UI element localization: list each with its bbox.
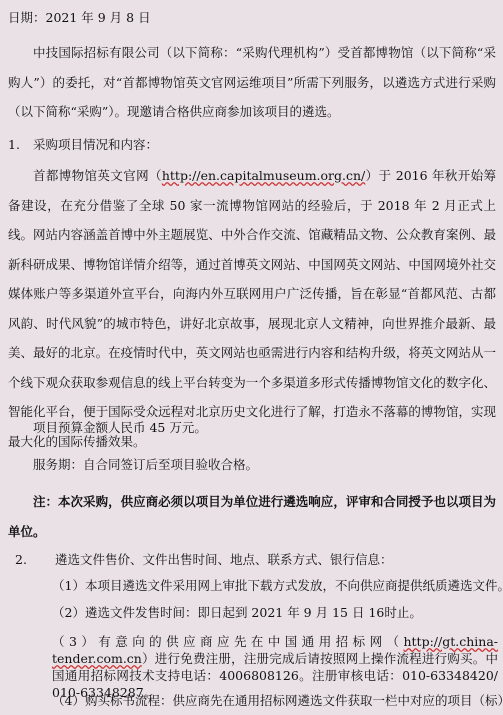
- section2-item-3: （3）有意向的供应商应先在中国通用招标网（http://gt.china-ten…: [52, 633, 498, 701]
- section1-body: 首都博物馆英文官网（http://en.capitalmuseum.org.cn…: [8, 161, 496, 456]
- service-period-line: 服务期：自合同签订后至项目验收合格。: [33, 457, 258, 473]
- capitalmuseum-link[interactable]: http://en.capitalmuseum.org.cn/: [162, 168, 365, 183]
- body-text-rest: ）于 2016 年秋开始筹备建设，在充分借鉴了全球 50 家一流博物馆网站的经验…: [8, 168, 496, 449]
- note-paragraph: 注：本次采购，供应商必须以项目为单位进行遴选响应，评审和合同授予也以项目为单位。: [8, 487, 496, 546]
- item3-text-start: （3）有意向的供应商应先在中国通用招标网（: [52, 634, 403, 649]
- section2-item-1: （1）本项目遴选文件采用网上审批下载方式发放，不向供应商提供纸质遴选文件。: [52, 578, 503, 594]
- date-line: 日期：2021 年 9 月 8 日: [8, 10, 151, 26]
- section2-item-4: （4）购买标书流程：供应商先在通用招标网遴选文件获取一栏中对应的项目（标）: [52, 693, 503, 709]
- section1-title: 采购项目情况和内容：: [33, 137, 158, 152]
- section2-number: 2.: [15, 552, 55, 568]
- section1-heading: 1.采购项目情况和内容：: [8, 137, 158, 153]
- section2-heading: 2.遴选文件售价、文件出售时间、地点、联系方式、银行信息：: [15, 552, 393, 568]
- section2-title: 遴选文件售价、文件出售时间、地点、联系方式、银行信息：: [55, 552, 393, 567]
- budget-line: 项目预算金额人民币 45 万元。: [33, 420, 207, 436]
- section1-number: 1.: [8, 137, 33, 153]
- body-text-start: 首都博物馆英文官网（: [33, 168, 162, 183]
- intro-paragraph: 中技国际招标有限公司（以下简称：“采购代理机构”）受首都博物馆（以下简称“采购人…: [8, 38, 496, 127]
- section2-item-2: （2）遴选文件发售时间：即日起到 2021 年 9 月 15 日 16时止。: [52, 605, 422, 621]
